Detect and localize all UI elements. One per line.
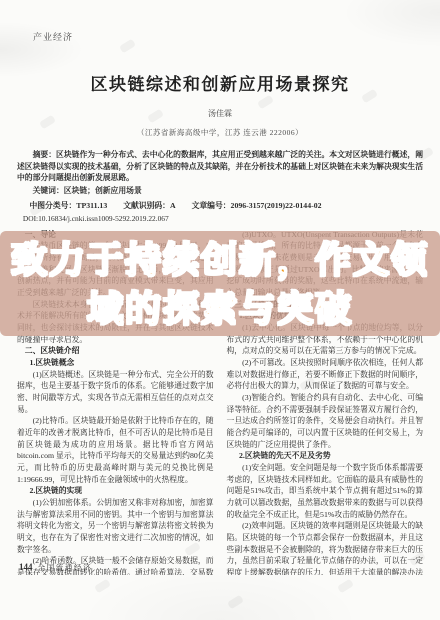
paragraph: (2)比特币。区块链最开始是依附于比特币存在的，随着近年的改善才脱离比特币，但不… — [17, 415, 214, 485]
meta-clc: 中图分类号：TP311.13 — [29, 201, 107, 210]
paragraph: (2)效率问题。区块链的效率问题则是区块链最大的缺陷。区块链的每一个节点都会保存… — [227, 520, 424, 575]
category-label: 产业经济 — [33, 30, 423, 43]
footer-page-number: 144 — [19, 562, 33, 572]
article-title: 区块链综述和创新应用场景探究 — [17, 70, 423, 95]
paragraph: (1)区块链概述。区块链是一种分布式、完全公开的数据库，也是主要基于数字货币的体… — [17, 369, 214, 416]
meta-article-no: 文章编号：2096-3157(2019)22-0144-02 — [192, 201, 322, 210]
paragraph: (2)不可篡改。区块按照时间顺序依次相连，任何人都难以对数据进行修正，若要不断修… — [227, 357, 424, 392]
section-heading: 二、区块链介绍 — [17, 345, 214, 357]
promo-watermark-line-2: 域的探索与突破 — [87, 284, 353, 333]
scan-smudge — [337, 579, 354, 594]
promo-watermark-line-1: 致力于持续创新，作文领 — [11, 235, 429, 284]
paragraph: (3)智能合约。智能合约具有自动化、去中心化、可编译等特征。合约不需要强制手段保… — [227, 392, 424, 450]
footer-journal-name: 全国流通经济 — [38, 562, 93, 573]
keywords-line: 关键词：区块链；创新应用场景 — [17, 185, 423, 196]
subsection-heading: 2.区块链的实现 — [17, 485, 214, 497]
affiliation: （江苏省新海高级中学，江苏 连云港 222006） — [17, 127, 423, 138]
subsection-heading: 2.区块链的先天不足及劣势 — [227, 450, 424, 462]
doi-line: DOI:10.16834/j.cnki.issn1009-5292.2019.2… — [17, 214, 423, 223]
abstract-text: 摘要：区块链作为一种分布式、去中心化的数据库，其应用正受到越来越广泛的关注。本文… — [17, 149, 423, 184]
subsection-heading: 1.区块链概念 — [17, 357, 214, 369]
promo-watermark-band: 致力于持续创新，作文领 域的探索与突破 — [0, 231, 440, 336]
page-footer: 144 全国流通经济 — [19, 562, 92, 573]
paragraph: (1)公钥加密体系。公钥加密又称非对称加密，加密算法与解密算法采用不同的密钥。其… — [17, 497, 214, 555]
paragraph: (1)安全问题。安全问题是每一个数字货币体系都需要考虑的，区块链技术同样如此。它… — [227, 462, 424, 520]
meta-doc-code: 文献识别码：A — [123, 201, 175, 210]
scan-smudge — [227, 595, 244, 610]
journal-page: 产业经济 区块链综述和创新应用场景探究 汤佳霖 （江苏省新海高级中学，江苏 连云… — [0, 0, 440, 620]
scan-smudge — [94, 579, 111, 594]
meta-line: 中图分类号：TP311.13 文献识别码：A 文章编号：2096-3157(20… — [17, 200, 423, 211]
author-name: 汤佳霖 — [17, 108, 423, 119]
